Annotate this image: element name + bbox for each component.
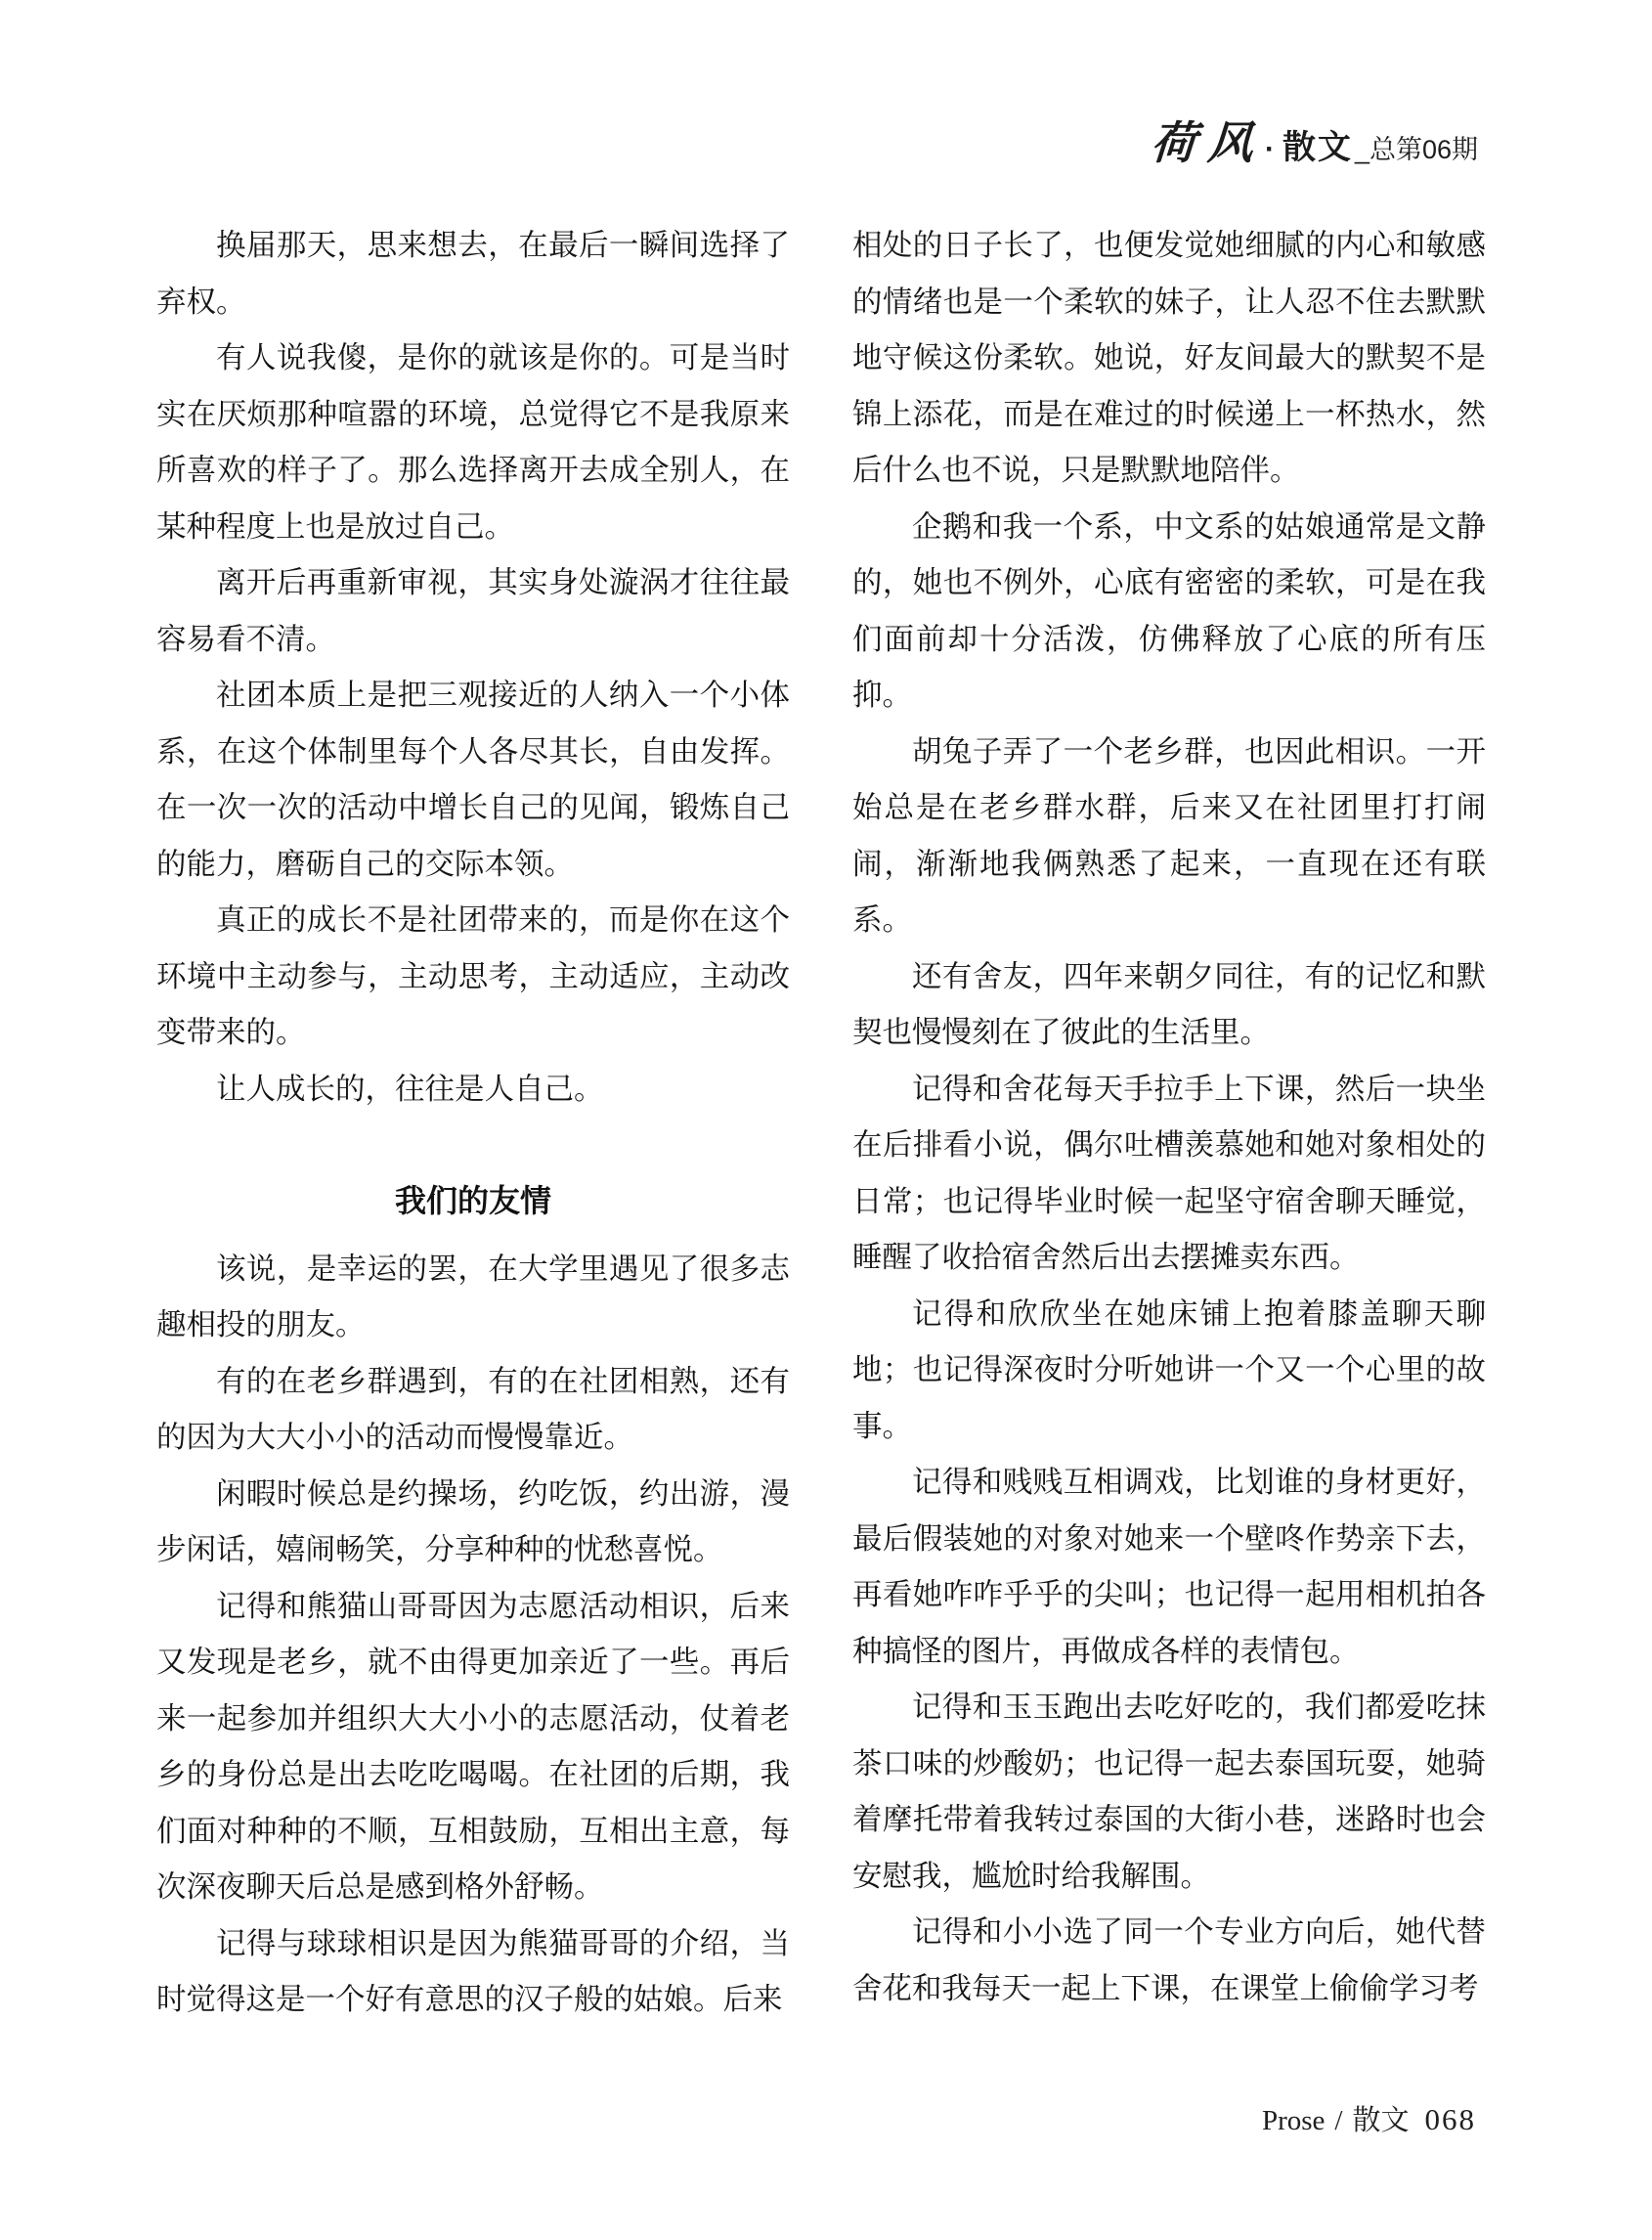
magazine-page: 荷风 · 散文 _总第06期 换届那天，思来想去，在最后一瞬间选择了弃权。有人说… (0, 0, 1652, 2240)
page-footer: Prose / 散文 068 (1262, 2098, 1476, 2138)
paragraph: 企鹅和我一个系，中文系的姑娘通常是文静的，她也不例外，心底有密密的柔软，可是在我… (852, 500, 1486, 725)
paragraph: 让人成长的，往往是人自己。 (156, 1062, 790, 1119)
paragraph: 闲暇时候总是约操场，约吃饭，约出游，漫步闲话，嬉闹畅笑，分享种种的忧愁喜悦。 (156, 1467, 790, 1579)
paragraph: 换届那天，思来想去，在最后一瞬间选择了弃权。 (156, 218, 790, 330)
right-column: 相处的日子长了，也便发觉她细腻的内心和敏感的情绪也是一个柔软的妹子，让人忍不住去… (852, 218, 1486, 2029)
paragraph: 记得和玉玉跑出去吃好吃的，我们都爱吃抹茶口味的炒酸奶；也记得一起去泰国玩耍，她骑… (852, 1680, 1486, 1905)
paragraph: 社团本质上是把三观接近的人纳入一个小体系，在这个体制里每个人各尽其长，自由发挥。… (156, 668, 790, 893)
paragraph: 真正的成长不是社团带来的，而是你在这个环境中主动参与，主动思考，主动适应，主动改… (156, 893, 790, 1062)
paragraph: 记得和熊猫山哥哥因为志愿活动相识，后来又发现是老乡，就不由得更加亲近了一些。再后… (156, 1579, 790, 1916)
left-column: 换届那天，思来想去，在最后一瞬间选择了弃权。有人说我傻，是你的就该是你的。可是当… (156, 218, 790, 2029)
footer-label-zh: 散文 (1352, 2098, 1409, 2138)
paragraph: 记得和贱贱互相调戏，比划谁的身材更好，最后假装她的对象对她来一个壁咚作势亲下去，… (852, 1455, 1486, 1680)
brand-logo-script: 荷风 (1150, 108, 1268, 172)
brand-category-label: 散文 (1282, 120, 1353, 168)
page-number: 068 (1425, 2102, 1477, 2137)
paragraph: 该说，是幸运的罢，在大学里遇见了很多志趣相投的朋友。 (156, 1242, 790, 1354)
paragraph: 离开后再重新审视，其实身处漩涡才往往最容易看不清。 (156, 555, 790, 668)
article-body: 换届那天，思来想去，在最后一瞬间选择了弃权。有人说我傻，是你的就该是你的。可是当… (156, 218, 1486, 2029)
paragraph: 有人说我傻，是你的就该是你的。可是当时实在厌烦那种喧嚣的环境，总觉得它不是我原来… (156, 330, 790, 555)
paragraph: 胡兔子弄了一个老乡群，也因此相识。一开始总是在老乡群水群，后来又在社团里打打闹闹… (852, 725, 1486, 949)
paragraph: 记得和小小选了同一个专业方向后，她代替舍花和我每天一起上下课，在课堂上偷偷学习考 (852, 1905, 1486, 2017)
footer-label-en: Prose (1262, 2105, 1325, 2137)
section-heading: 我们的友情 (156, 1173, 790, 1230)
paragraph: 记得与球球相识是因为熊猫哥哥的介绍，当时觉得这是一个好有意思的汉子般的姑娘。后来 (156, 1916, 790, 2029)
paragraph: 还有舍友，四年来朝夕同往，有的记忆和默契也慢慢刻在了彼此的生活里。 (852, 949, 1486, 1062)
paragraph: 记得和舍花每天手拉手上下课，然后一块坐在后排看小说，偶尔吐槽羡慕她和她对象相处的… (852, 1062, 1486, 1287)
brand-separator-dot: · (1265, 133, 1275, 166)
paragraph: 有的在老乡群遇到，有的在社团相熟，还有的因为大大小小的活动而慢慢靠近。 (156, 1354, 790, 1467)
paragraph: 记得和欣欣坐在她床铺上抱着膝盖聊天聊地；也记得深夜时分听她讲一个又一个心里的故事… (852, 1287, 1486, 1456)
page-header-brand: 荷风 · 散文 _总第06期 (1152, 108, 1478, 172)
issue-label: _总第06期 (1355, 128, 1478, 166)
footer-separator: / (1334, 2105, 1342, 2137)
paragraph: 相处的日子长了，也便发觉她细腻的内心和敏感的情绪也是一个柔软的妹子，让人忍不住去… (852, 218, 1486, 500)
